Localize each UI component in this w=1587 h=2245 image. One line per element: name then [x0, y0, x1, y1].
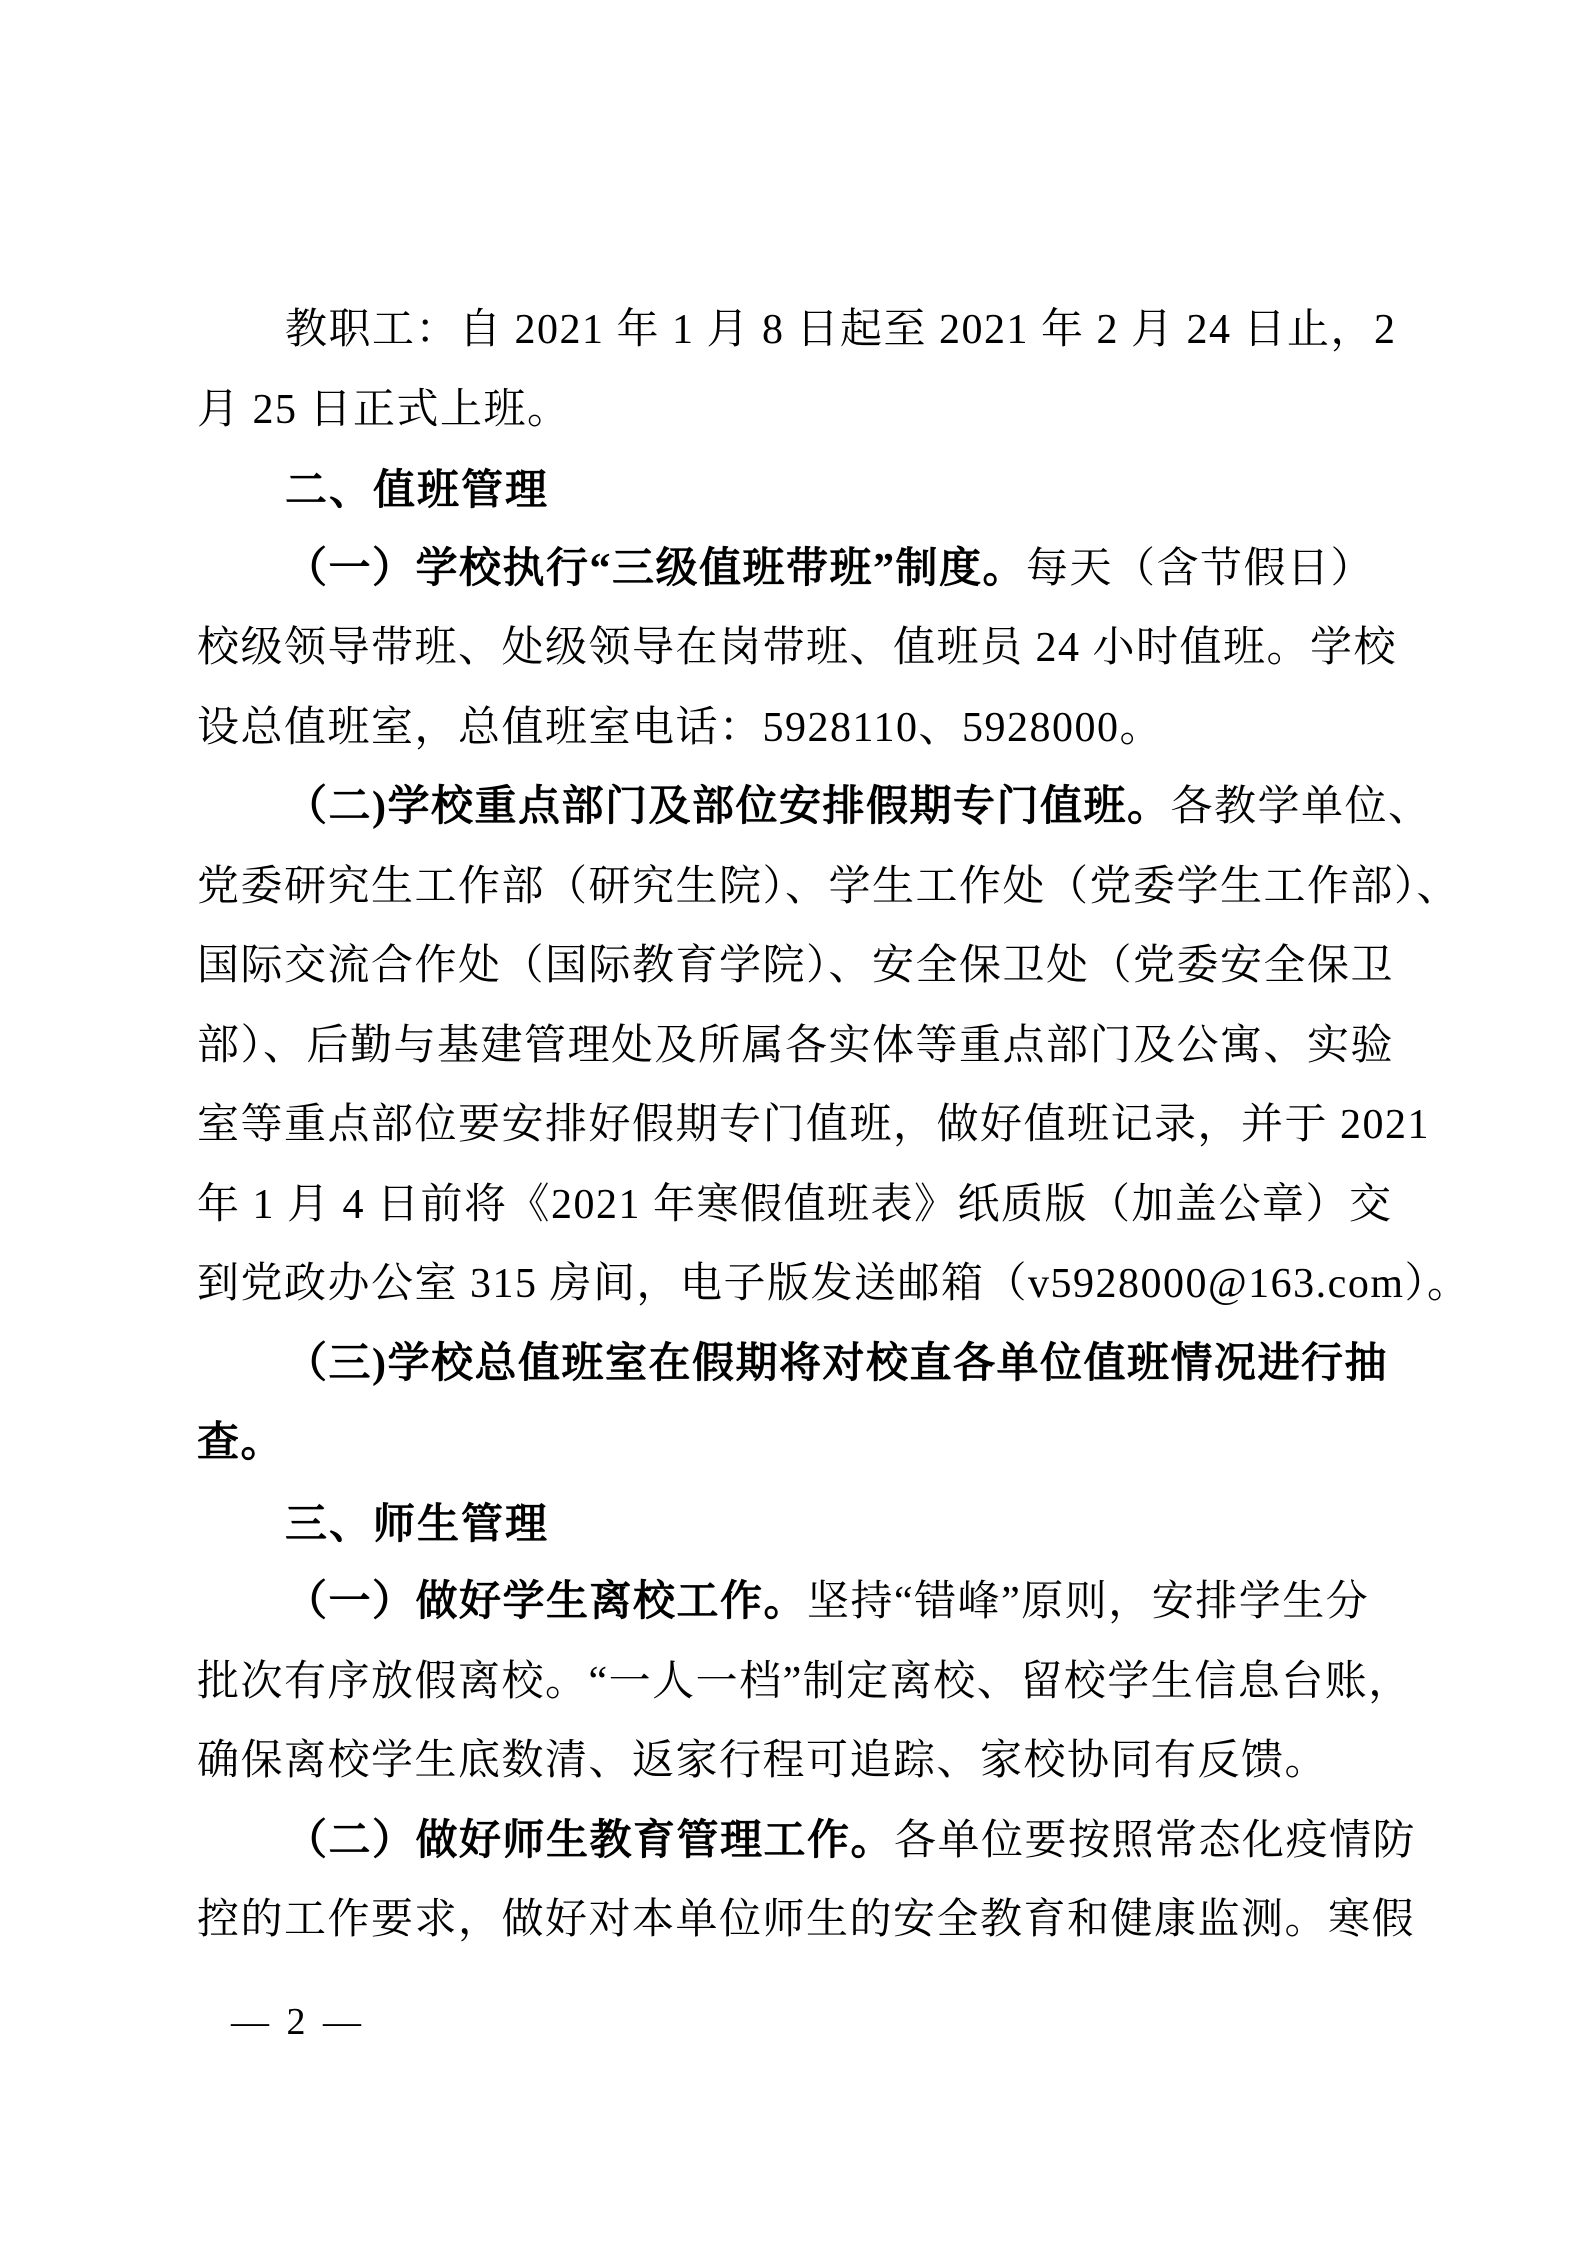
heading-text: 二、值班管理	[285, 466, 549, 513]
paragraph-duty-2-line-7: 到党政办公室 315 房间，电子版发送邮箱（v5928000@163.com）。	[197, 1245, 1377, 1325]
bold-text-run: （二）做好师生教育管理工作。	[285, 1818, 894, 1864]
paragraph-students-1-line-2: 批次有序放假离校。“一人一档”制定离校、留校学生信息台账，	[197, 1643, 1377, 1723]
text-run: 确保离校学生底数清、返家行程可追踪、家校协同有反馈。	[197, 1738, 1328, 1784]
paragraph-duty-3-line-1: （三)学校总值班室在假期将对校直各单位值班情况进行抽	[197, 1325, 1377, 1405]
paragraph-students-1-line-1: （一）做好学生离校工作。坚持“错峰”原则，安排学生分	[197, 1563, 1377, 1643]
bold-text-run: （一）学校执行“三级值班带班”制度。	[285, 546, 1026, 592]
section-heading-teacher-student-management: 三、师生管理	[197, 1484, 1377, 1564]
bold-text-run: （一）做好学生离校工作。	[285, 1579, 807, 1625]
paragraph-students-2-line-2: 控的工作要求，做好对本单位师生的安全教育和健康监测。寒假	[197, 1881, 1377, 1961]
text-run: 室等重点部位要安排好假期专门值班，做好值班记录，并于 2021	[197, 1102, 1430, 1148]
text-run: 控的工作要求，做好对本单位师生的安全教育和健康监测。寒假	[197, 1897, 1415, 1943]
text-run: 教职工：自 2021 年 1 月 8 日起至 2021 年 2 月 24 日止，…	[285, 307, 1397, 353]
paragraph-duty-2-line-1: （二)学校重点部门及部位安排假期专门值班。各教学单位、	[197, 768, 1377, 848]
text-run: 各单位要按照常态化疫情防	[894, 1818, 1416, 1864]
text-run: 批次有序放假离校。“一人一档”制定离校、留校学生信息台账，	[197, 1659, 1412, 1705]
section-heading-duty-management: 二、值班管理	[197, 450, 1377, 530]
document-page: 教职工：自 2021 年 1 月 8 日起至 2021 年 2 月 24 日止，…	[0, 0, 1587, 2245]
document-body: 教职工：自 2021 年 1 月 8 日起至 2021 年 2 月 24 日止，…	[197, 291, 1377, 1961]
paragraph-duty-1-line-3: 设总值班室，总值班室电话：5928110、5928000。	[197, 689, 1377, 769]
text-run: 坚持“错峰”原则，安排学生分	[807, 1579, 1369, 1625]
paragraph-staff-holiday-line-2: 月 25 日正式上班。	[197, 371, 1377, 451]
paragraph-duty-3-line-2: 查。	[197, 1404, 1377, 1484]
paragraph-duty-2-line-4: 部）、后勤与基建管理处及所属各实体等重点部门及公寓、实验	[197, 1007, 1377, 1087]
paragraph-duty-2-line-2: 党委研究生工作部（研究生院）、学生工作处（党委学生工作部）、	[197, 848, 1377, 928]
paragraph-staff-holiday-line-1: 教职工：自 2021 年 1 月 8 日起至 2021 年 2 月 24 日止，…	[197, 291, 1377, 371]
page-number: — 2 —	[231, 1998, 365, 2046]
paragraph-duty-1-line-1: （一）学校执行“三级值班带班”制度。每天（含节假日）	[197, 530, 1377, 610]
paragraph-duty-2-line-3: 国际交流合作处（国际教育学院）、安全保卫处（党委安全保卫	[197, 927, 1377, 1007]
heading-text: 三、师生管理	[285, 1500, 549, 1547]
text-run: 到党政办公室 315 房间，电子版发送邮箱（v5928000@163.com）。	[197, 1261, 1471, 1307]
text-run: 校级领导带班、处级领导在岗带班、值班员 24 小时值班。学校	[197, 625, 1397, 671]
paragraph-duty-2-line-6: 年 1 月 4 日前将《2021 年寒假值班表》纸质版（加盖公章）交	[197, 1166, 1377, 1246]
paragraph-duty-2-line-5: 室等重点部位要安排好假期专门值班，做好值班记录，并于 2021	[197, 1086, 1377, 1166]
text-run: 国际交流合作处（国际教育学院）、安全保卫处（党委安全保卫	[197, 943, 1394, 989]
text-run: 月 25 日正式上班。	[197, 387, 571, 433]
text-run: 部）、后勤与基建管理处及所属各实体等重点部门及公寓、实验	[197, 1023, 1394, 1069]
paragraph-students-1-line-3: 确保离校学生底数清、返家行程可追踪、家校协同有反馈。	[197, 1722, 1377, 1802]
text-run: 每天（含节假日）	[1026, 546, 1374, 592]
paragraph-duty-1-line-2: 校级领导带班、处级领导在岗带班、值班员 24 小时值班。学校	[197, 609, 1377, 689]
text-run: 年 1 月 4 日前将《2021 年寒假值班表》纸质版（加盖公章）交	[197, 1182, 1393, 1228]
bold-text-run: （二)学校重点部门及部位安排假期专门值班。	[285, 784, 1171, 830]
bold-text-run: 查。	[197, 1420, 284, 1466]
text-run: 党委研究生工作部（研究生院）、学生工作处（党委学生工作部）、	[197, 864, 1460, 910]
text-run: 各教学单位、	[1171, 784, 1432, 830]
paragraph-students-2-line-1: （二）做好师生教育管理工作。各单位要按照常态化疫情防	[197, 1802, 1377, 1882]
bold-text-run: （三)学校总值班室在假期将对校直各单位值班情况进行抽	[285, 1341, 1388, 1387]
text-run: 设总值班室，总值班室电话：5928110、5928000。	[197, 705, 1163, 751]
